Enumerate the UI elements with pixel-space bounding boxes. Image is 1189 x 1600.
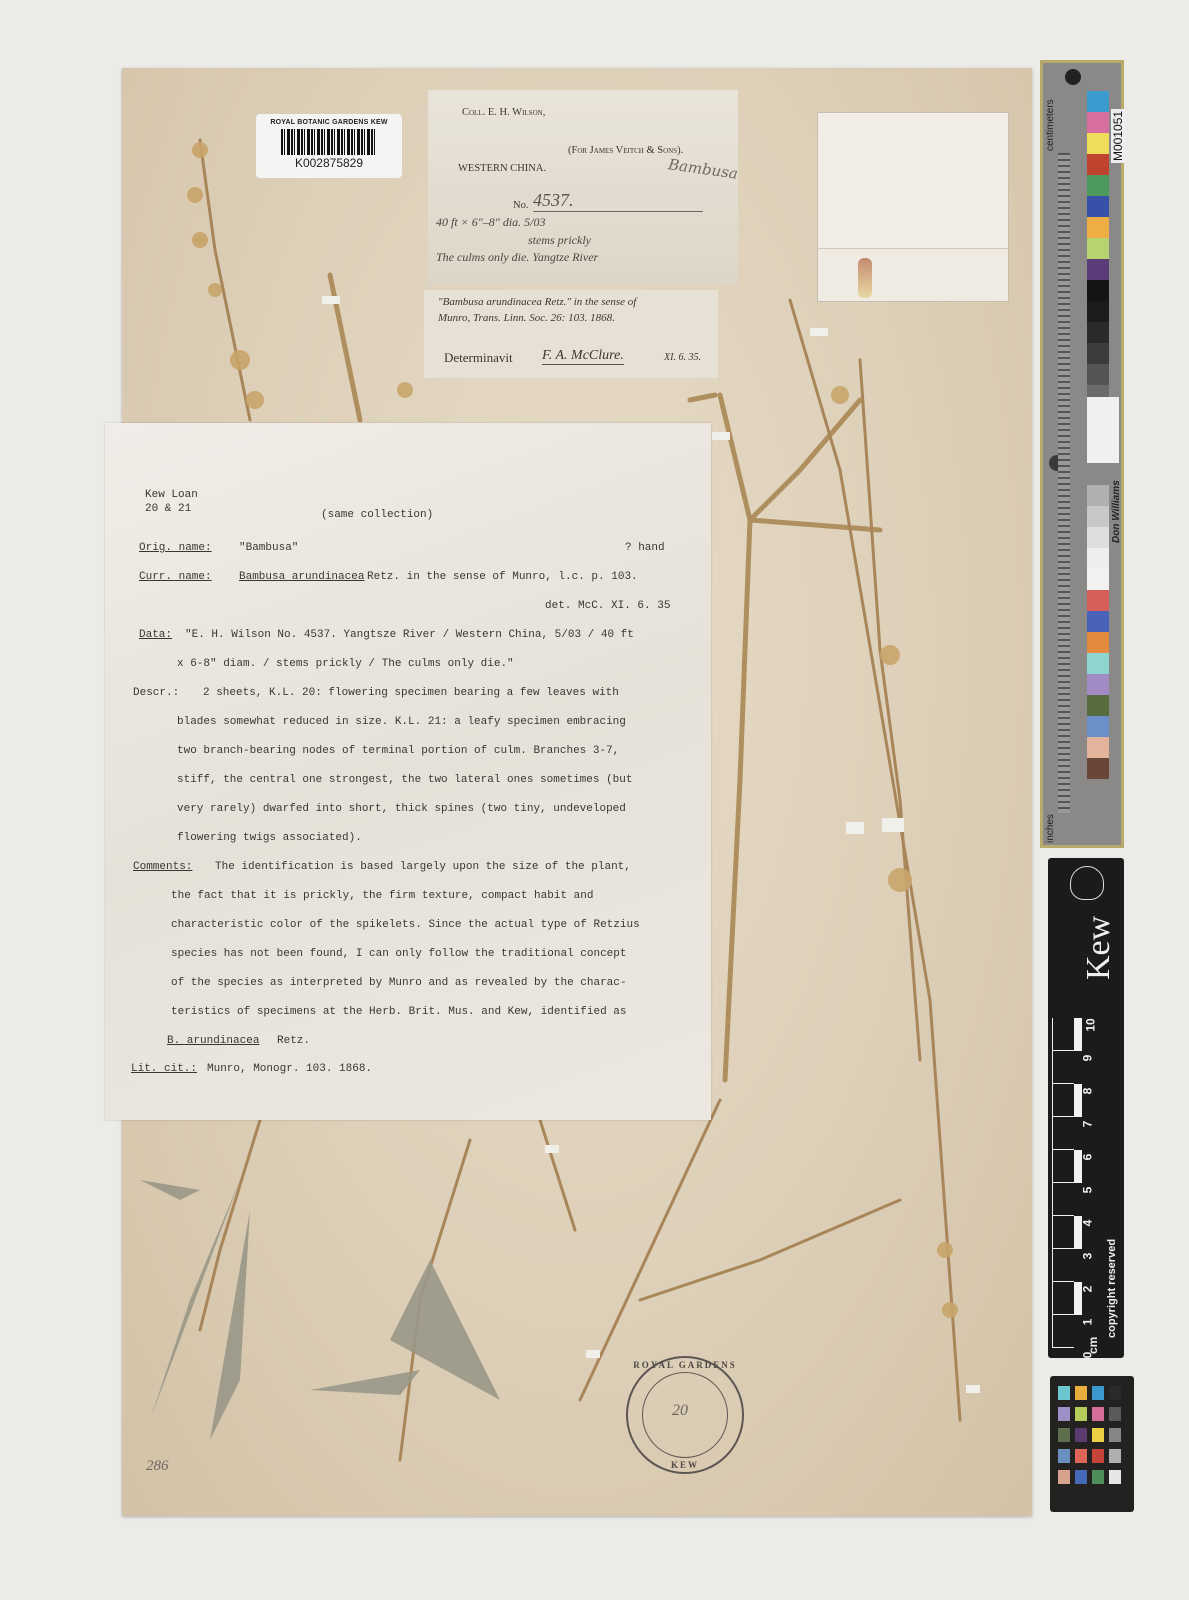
lit-cit-text: Munro, Monogr. 103. 1868. — [207, 1063, 372, 1075]
loan-line-1: Kew Loan — [145, 489, 198, 501]
scale-digit: 8 — [1080, 1088, 1094, 1095]
stamp-number: 20 — [672, 1402, 688, 1420]
comments-author: Retz. — [277, 1035, 310, 1047]
color-swatch — [1092, 1449, 1104, 1463]
scale-digit: 2 — [1080, 1286, 1094, 1293]
handwritten-note-1: 40 ft × 6"–8" dia. 5/03 — [436, 215, 546, 230]
color-swatch — [1087, 364, 1109, 385]
handwritten-note-2: stems prickly — [528, 233, 591, 248]
color-swatch — [1087, 653, 1109, 674]
color-swatch — [1058, 1428, 1070, 1442]
color-swatch — [1109, 1386, 1121, 1400]
scale-digit: 9 — [1080, 1055, 1094, 1062]
color-swatch — [1087, 91, 1109, 112]
collector-name: Coll. E. H. Wilson, — [462, 107, 545, 118]
color-swatch — [1087, 758, 1109, 779]
royal-crest-icon — [1070, 866, 1104, 900]
comments-line-2: the fact that it is prickly, the firm te… — [171, 890, 593, 902]
barcode — [281, 129, 377, 155]
det-line: det. McC. XI. 6. 35 — [545, 600, 670, 612]
color-calibration-strip: centimeters inches M001051 Don Williams … — [1040, 60, 1124, 848]
collection-region: WESTERN CHINA. — [458, 163, 546, 174]
color-swatch — [1109, 1470, 1121, 1484]
color-swatch — [1087, 569, 1109, 590]
cm-unit: cm — [1086, 1337, 1100, 1354]
determination-date: XI. 6. 35. — [664, 352, 701, 363]
collector-for: (For James Veitch & Sons). — [568, 145, 683, 156]
lit-cit-label: Lit. cit.: — [131, 1063, 197, 1075]
royal-gardens-stamp: ROYAL GARDENS KEW 20 — [626, 1356, 744, 1474]
genus-handwritten: Bambusa — [667, 155, 739, 183]
scale-digit: 6 — [1080, 1154, 1094, 1161]
color-swatch — [1087, 133, 1109, 154]
scale-digit: 4 — [1080, 1220, 1094, 1227]
color-swatch — [1087, 343, 1109, 364]
packet-stain — [858, 258, 872, 298]
color-swatch — [1087, 217, 1109, 238]
comments-species: B. arundinacea — [167, 1035, 259, 1047]
color-swatch — [1092, 1407, 1104, 1421]
determination-label: "Bambusa arundinacea Retz." in the sense… — [424, 290, 718, 378]
color-swatch — [1087, 301, 1109, 322]
color-swatch — [1087, 527, 1109, 548]
color-swatch — [1109, 1428, 1121, 1442]
descr-line-4: stiff, the central one strongest, the tw… — [177, 774, 632, 786]
scale-digit: 7 — [1080, 1121, 1094, 1128]
color-swatch — [1087, 506, 1109, 527]
sheet-number: 286 — [146, 1458, 169, 1475]
curr-name-species: Bambusa arundinacea — [239, 571, 364, 583]
color-swatch — [1109, 1407, 1121, 1421]
kew-scale-bar: Kew 109876543210 copyright reserved cm — [1048, 858, 1124, 1358]
color-swatch — [1075, 1449, 1087, 1463]
color-swatch — [1058, 1386, 1070, 1400]
comments-line-3: characteristic color of the spikelets. S… — [171, 919, 640, 931]
scale-digit: 5 — [1080, 1187, 1094, 1194]
color-swatch — [1087, 485, 1109, 506]
color-swatch — [1087, 196, 1109, 217]
data-label: Data: — [139, 629, 172, 641]
barcode-number: K002875829 — [256, 156, 402, 170]
scale-ticks — [1052, 1018, 1074, 1348]
scale-digit: 1 — [1080, 1319, 1094, 1326]
descr-line-6: flowering twigs associated). — [177, 832, 362, 844]
color-swatch — [1087, 737, 1109, 758]
determined-name: "Bambusa arundinacea Retz." in the sense… — [438, 296, 636, 308]
color-swatch — [1087, 175, 1109, 196]
color-checker — [1050, 1376, 1134, 1512]
comments-line-6: teristics of specimens at the Herb. Brit… — [171, 1006, 626, 1018]
strip-hole-top — [1065, 69, 1081, 85]
stamp-top-text: ROYAL GARDENS — [628, 1360, 742, 1370]
color-swatch — [1087, 238, 1109, 259]
packet-flap — [818, 113, 1008, 249]
resolution-target — [1087, 397, 1119, 463]
copyright-text: copyright reserved — [1106, 1239, 1118, 1338]
descr-line-3: two branch-bearing nodes of terminal por… — [177, 745, 619, 757]
color-swatch — [1087, 674, 1109, 695]
color-swatch — [1075, 1470, 1087, 1484]
color-swatch — [1087, 590, 1109, 611]
hand-note: ? hand — [625, 542, 665, 554]
institution-name: ROYAL BOTANIC GARDENS KEW — [256, 119, 402, 126]
collector-label: Coll. E. H. Wilson, (For James Veitch & … — [428, 90, 738, 285]
same-collection: (same collection) — [321, 509, 433, 521]
color-swatch — [1087, 259, 1109, 280]
color-swatch — [1058, 1407, 1070, 1421]
descr-line-1: 2 sheets, K.L. 20: flowering specimen be… — [203, 687, 619, 699]
orig-name: "Bambusa" — [239, 542, 298, 554]
color-swatch — [1087, 154, 1109, 175]
color-swatch — [1087, 611, 1109, 632]
color-swatch — [1109, 1449, 1121, 1463]
color-swatch — [1092, 1428, 1104, 1442]
comments-line-4: species has not been found, I can only f… — [171, 948, 626, 960]
color-swatch — [1075, 1386, 1087, 1400]
swatches-top — [1087, 91, 1109, 406]
typed-annotation-sheet: Kew Loan 20 & 21 (same collection) Orig.… — [105, 423, 711, 1120]
collection-number: 4537. — [533, 190, 703, 212]
color-swatch — [1058, 1449, 1070, 1463]
comments-label: Comments: — [133, 861, 192, 873]
scale-digit: 10 — [1084, 1018, 1098, 1031]
loan-line-2: 20 & 21 — [145, 503, 191, 515]
descr-line-2: blades somewhat reduced in size. K.L. 21… — [177, 716, 626, 728]
determination-citation: Munro, Trans. Linn. Soc. 26: 103. 1868. — [438, 312, 615, 324]
strip-ruler — [1058, 153, 1070, 813]
determiner-name: F. A. McClure. — [542, 348, 624, 365]
inches-label: inches — [1045, 814, 1056, 843]
comments-line-1: The identification is based largely upon… — [215, 861, 631, 873]
number-label: No. — [513, 200, 528, 211]
color-swatch — [1058, 1470, 1070, 1484]
handwritten-note-3: The culms only die. Yangtze River — [436, 250, 598, 265]
specimen-packet — [817, 112, 1009, 302]
color-swatch — [1075, 1407, 1087, 1421]
color-swatch — [1075, 1428, 1087, 1442]
color-swatch — [1087, 322, 1109, 343]
color-swatch — [1087, 716, 1109, 737]
swatches-bottom — [1087, 485, 1109, 779]
centimeters-label: centimeters — [1045, 99, 1056, 151]
determinavit-label: Determinavit — [444, 350, 513, 366]
scale-ticks-alt — [1074, 1018, 1082, 1348]
stamp-bottom-text: KEW — [628, 1460, 742, 1470]
strip-brand: Don Williams — [1111, 480, 1122, 543]
strip-id: M001051 — [1111, 109, 1125, 163]
color-swatch — [1087, 112, 1109, 133]
orig-name-label: Orig. name: — [139, 542, 212, 554]
curr-name-authority: Retz. in the sense of Munro, l.c. p. 103… — [367, 571, 638, 583]
data-line-2: x 6-8" diam. / stems prickly / The culms… — [177, 658, 514, 670]
color-swatch — [1087, 695, 1109, 716]
color-swatch — [1087, 548, 1109, 569]
descr-label: Descr.: — [133, 687, 179, 699]
barcode-label: ROYAL BOTANIC GARDENS KEW K002875829 — [256, 114, 402, 178]
data-line-1: "E. H. Wilson No. 4537. Yangtsze River /… — [185, 629, 634, 641]
kew-logo: Kew — [1080, 916, 1118, 980]
color-swatch — [1087, 280, 1109, 301]
comments-line-5: of the species as interpreted by Munro a… — [171, 977, 626, 989]
color-swatch — [1087, 632, 1109, 653]
descr-line-5: very rarely) dwarfed into short, thick s… — [177, 803, 626, 815]
curr-name-label: Curr. name: — [139, 571, 212, 583]
scale-digit: 3 — [1080, 1253, 1094, 1260]
color-swatch — [1092, 1386, 1104, 1400]
color-swatch — [1092, 1470, 1104, 1484]
